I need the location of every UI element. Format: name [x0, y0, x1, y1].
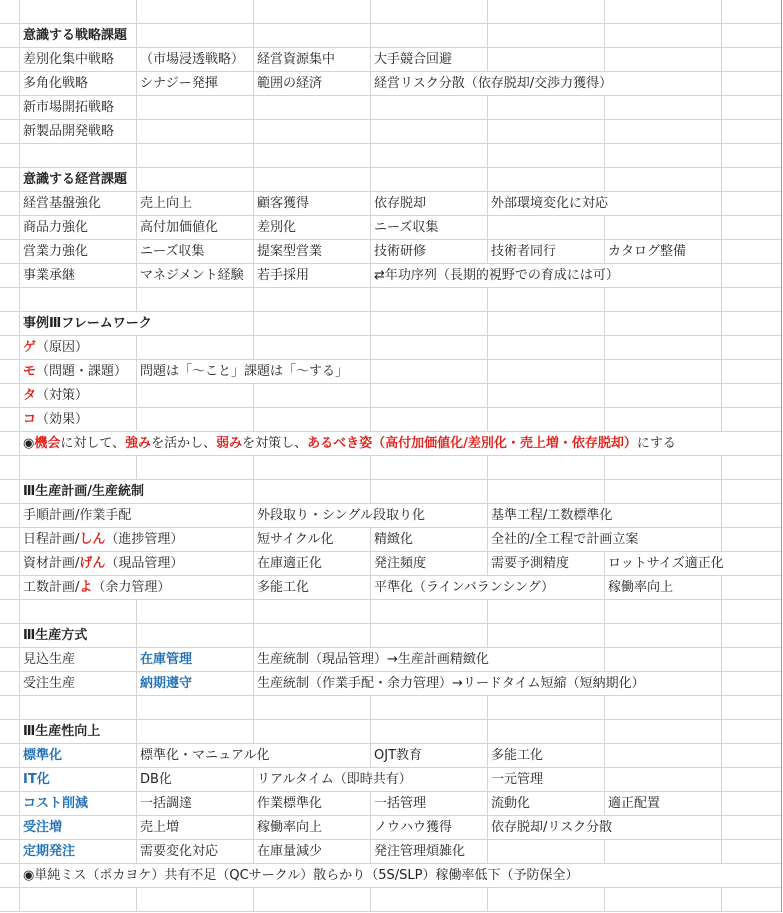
sheet-row: [0, 144, 781, 168]
cell[interactable]: 短サイクル化: [254, 528, 370, 551]
sheet-row: 商品力強化高付加価値化差別化ニーズ収集: [0, 216, 781, 240]
cell[interactable]: 一括調達: [137, 792, 253, 815]
cell[interactable]: 若手採用: [254, 264, 370, 287]
framework-label: （対策）: [36, 388, 88, 403]
cell[interactable]: 技術者同行: [488, 240, 604, 263]
sheet-row: 営業力強化ニーズ収集提案型営業技術研修技術者同行カタログ整備: [0, 240, 781, 264]
bullet: ◉: [23, 436, 34, 451]
sheet-row: 意識する経営課題: [0, 168, 781, 192]
text-run: を対策し、: [242, 436, 307, 451]
cell[interactable]: 発注頻度: [371, 552, 487, 575]
sheet-row: 資材計画/げん（現品管理）在庫適正化発注頻度需要予測精度ロットサイズ適正化: [0, 552, 781, 576]
section-title[interactable]: 事例Ⅲフレームワーク: [20, 312, 253, 335]
cell[interactable]: DB化: [137, 768, 253, 791]
sheet-row: モ（問題・課題）問題は「～こと」課題は「～する」: [0, 360, 781, 384]
cell[interactable]: 多角化戦略: [20, 72, 136, 95]
cell[interactable]: シナジー発揮: [137, 72, 253, 95]
cell[interactable]: 売上向上: [137, 192, 253, 215]
cell[interactable]: 在庫量減少: [254, 840, 370, 863]
framework-key: ゲ: [23, 340, 36, 355]
emphasis-text: 機会: [34, 436, 60, 451]
sheet-row: 差別化集中戦略（市場浸透戦略）経営資源集中大手競合回避: [0, 48, 781, 72]
section-title[interactable]: 意識する戦略課題: [20, 24, 136, 47]
framework-cell[interactable]: ゲ（原因）: [20, 336, 136, 359]
cell[interactable]: 多能工化: [488, 744, 604, 767]
cell[interactable]: 稼働率向上: [254, 816, 370, 839]
emphasis-cell[interactable]: 納期遵守: [137, 672, 253, 695]
cell[interactable]: 顧客獲得: [254, 192, 370, 215]
cell[interactable]: 発注管理煩雑化: [371, 840, 487, 863]
framework-cell[interactable]: コ（効果）: [20, 408, 136, 431]
sheet-row: ゲ（原因）: [0, 336, 781, 360]
cell[interactable]: カタログ整備: [605, 240, 721, 263]
framework-label: （問題・課題）: [36, 364, 127, 379]
cell[interactable]: 精緻化: [371, 528, 487, 551]
cell[interactable]: 提案型営業: [254, 240, 370, 263]
cell[interactable]: 商品力強化: [20, 216, 136, 239]
framework-key: タ: [23, 388, 36, 403]
sheet-row: 事例Ⅲフレームワーク: [0, 312, 781, 336]
sheet-row: [0, 696, 781, 720]
cell[interactable]: 全社的/全工程で計画立案: [488, 528, 721, 551]
sheet-row: ◉単純ミス（ポカヨケ）共有不足（QCサークル）散らかり（5S/SLP）稼働率低下…: [0, 864, 781, 888]
cell[interactable]: ロットサイズ適正化: [605, 552, 781, 575]
cell[interactable]: 経営基盤強化: [20, 192, 136, 215]
productivity-label[interactable]: 定期発注: [20, 840, 136, 863]
section-title[interactable]: 意識する経営課題: [20, 168, 136, 191]
cell[interactable]: 新市場開拓戦略: [20, 96, 136, 119]
cell[interactable]: 売上増: [137, 816, 253, 839]
cell[interactable]: 高付加価値化: [137, 216, 253, 239]
framework-label: （原因）: [36, 340, 88, 355]
emphasis-text: あるべき姿（高付加価値化/差別化・売上増・依存脱却）: [307, 436, 637, 451]
emphasis-text: よ: [79, 580, 92, 595]
cell[interactable]: マネジメント経験: [137, 264, 253, 287]
section-title[interactable]: Ⅲ生産計画/生産統制: [20, 480, 253, 503]
text-run: （現品管理）: [105, 556, 183, 571]
sheet-row: Ⅲ生産計画/生産統制: [0, 480, 781, 504]
framework-summary[interactable]: ◉機会に対して、強みを活かし、弱みを対策し、あるべき姿（高付加価値化/差別化・売…: [20, 432, 781, 455]
planning-cell[interactable]: 手順計画/作業手配: [20, 504, 253, 527]
cell[interactable]: 生産統制（現品管理）→生産計画精緻化: [254, 648, 604, 671]
cell[interactable]: 多能工化: [254, 576, 370, 599]
sheet-row: ◉機会に対して、強みを活かし、弱みを対策し、あるべき姿（高付加価値化/差別化・売…: [0, 432, 781, 456]
productivity-label[interactable]: 標準化: [20, 744, 136, 767]
cell[interactable]: 一括管理: [371, 792, 487, 815]
sheet-row: [0, 888, 781, 912]
emphasis-text: 強み: [125, 436, 151, 451]
cell[interactable]: ⇄年功序列（長期的視野での育成には可）: [371, 264, 721, 287]
cell[interactable]: 受注生産: [20, 672, 136, 695]
sheet-row: 多角化戦略シナジー発揮範囲の経済経営リスク分散（依存脱却/交渉力獲得）: [0, 72, 781, 96]
cell[interactable]: 技術研修: [371, 240, 487, 263]
sheet-row: 新市場開拓戦略: [0, 96, 781, 120]
cell[interactable]: リアルタイム（即時共有）: [254, 768, 487, 791]
sheet-row: 日程計画/しん（進捗管理）短サイクル化精緻化全社的/全工程で計画立案: [0, 528, 781, 552]
cell[interactable]: ニーズ収集: [371, 216, 487, 239]
cell[interactable]: 新製品開発戦略: [20, 120, 136, 143]
spreadsheet-grid[interactable]: 意識する戦略課題差別化集中戦略（市場浸透戦略）経営資源集中大手競合回避多角化戦略…: [0, 0, 782, 912]
sheet-row: 経営基盤強化売上向上顧客獲得依存脱却外部環境変化に対応: [0, 192, 781, 216]
cell[interactable]: 標準化・マニュアル化: [137, 744, 370, 767]
emphasis-text: 弱み: [216, 436, 242, 451]
cell[interactable]: 需要変化対応: [137, 840, 253, 863]
sheet-row: 標準化標準化・マニュアル化OJT教育多能工化: [0, 744, 781, 768]
text-run: 日程計画/: [23, 532, 79, 547]
cell[interactable]: 差別化: [254, 216, 370, 239]
cell[interactable]: 見込生産: [20, 648, 136, 671]
productivity-summary[interactable]: ◉単純ミス（ポカヨケ）共有不足（QCサークル）散らかり（5S/SLP）稼働率低下…: [20, 864, 781, 887]
cell[interactable]: 需要予測精度: [488, 552, 604, 575]
sheet-row: コ（効果）: [0, 408, 781, 432]
text-run: 工数計画/: [23, 580, 79, 595]
cell[interactable]: ノウハウ獲得: [371, 816, 487, 839]
sheet-row: IT化DB化リアルタイム（即時共有）一元管理: [0, 768, 781, 792]
sheet-row: [0, 288, 781, 312]
cell[interactable]: 経営資源集中: [254, 48, 370, 71]
cell[interactable]: 外段取り・シングル段取り化: [254, 504, 487, 527]
sheet-row: 意識する戦略課題: [0, 24, 781, 48]
text-run: 資材計画/: [23, 556, 79, 571]
framework-cell[interactable]: モ（問題・課題）: [20, 360, 136, 383]
planning-cell[interactable]: 日程計画/しん（進捗管理）: [20, 528, 253, 551]
cell[interactable]: 適正配置: [605, 792, 721, 815]
framework-label: （効果）: [36, 412, 88, 427]
sheet-row: 見込生産在庫管理生産統制（現品管理）→生産計画精緻化: [0, 648, 781, 672]
sheet-row: Ⅲ生産性向上: [0, 720, 781, 744]
sheet-row: 手順計画/作業手配外段取り・シングル段取り化基準工程/工数標準化: [0, 504, 781, 528]
emphasis-cell[interactable]: 在庫管理: [137, 648, 253, 671]
cell[interactable]: 経営リスク分散（依存脱却/交渉力獲得）: [371, 72, 721, 95]
cell[interactable]: 基準工程/工数標準化: [488, 504, 721, 527]
cell[interactable]: 在庫適正化: [254, 552, 370, 575]
cell[interactable]: 大手競合回避: [371, 48, 487, 71]
text-run: を活かし、: [151, 436, 216, 451]
cell[interactable]: 依存脱却/リスク分散: [488, 816, 721, 839]
text-run: に対して、: [60, 436, 125, 451]
sheet-row: 事業承継マネジメント経験若手採用⇄年功序列（長期的視野での育成には可）: [0, 264, 781, 288]
cell[interactable]: 差別化集中戦略: [20, 48, 136, 71]
productivity-label[interactable]: コスト削減: [20, 792, 136, 815]
cell[interactable]: ニーズ収集: [137, 240, 253, 263]
cell[interactable]: 外部環境変化に対応: [488, 192, 721, 215]
cell[interactable]: 事業承継: [20, 264, 136, 287]
text-run: （余力管理）: [92, 580, 170, 595]
framework-key: モ: [23, 364, 36, 379]
cell[interactable]: （市場浸透戦略）: [137, 48, 253, 71]
sheet-row: コスト削減一括調達作業標準化一括管理流動化適正配置: [0, 792, 781, 816]
cell[interactable]: 生産統制（作業手配・余力管理）→リードタイム短縮（短納期化）: [254, 672, 721, 695]
cell[interactable]: 稼働率向上: [605, 576, 721, 599]
cell[interactable]: 依存脱却: [371, 192, 487, 215]
cell[interactable]: 一元管理: [488, 768, 604, 791]
section-title[interactable]: Ⅲ生産性向上: [20, 720, 136, 743]
sheet-row: 受注生産納期遵守生産統制（作業手配・余力管理）→リードタイム短縮（短納期化）: [0, 672, 781, 696]
text-run: 手順計画/作業手配: [23, 508, 131, 523]
sheet-row: タ（対策）: [0, 384, 781, 408]
productivity-label[interactable]: 受注増: [20, 816, 136, 839]
framework-note[interactable]: 問題は「～こと」課題は「～する」: [137, 360, 370, 383]
emphasis-text: しん: [79, 532, 105, 547]
planning-cell[interactable]: 資材計画/げん（現品管理）: [20, 552, 253, 575]
productivity-label[interactable]: IT化: [20, 768, 136, 791]
section-title[interactable]: Ⅲ生産方式: [20, 624, 136, 647]
framework-cell[interactable]: タ（対策）: [20, 384, 136, 407]
emphasis-text: げん: [79, 556, 105, 571]
cell[interactable]: 作業標準化: [254, 792, 370, 815]
sheet-row: [0, 0, 781, 24]
sheet-row: Ⅲ生産方式: [0, 624, 781, 648]
sheet-row: 工数計画/よ（余力管理）多能工化平準化（ラインバランシング）稼働率向上: [0, 576, 781, 600]
sheet-row: 新製品開発戦略: [0, 120, 781, 144]
planning-cell[interactable]: 工数計画/よ（余力管理）: [20, 576, 253, 599]
sheet-row: 定期発注需要変化対応在庫量減少発注管理煩雑化: [0, 840, 781, 864]
text-run: にする: [637, 436, 676, 451]
sheet-row: [0, 600, 781, 624]
cell[interactable]: 範囲の経済: [254, 72, 370, 95]
cell[interactable]: 平準化（ラインバランシング）: [371, 576, 604, 599]
cell[interactable]: OJT教育: [371, 744, 487, 767]
framework-key: コ: [23, 412, 36, 427]
cell[interactable]: 営業力強化: [20, 240, 136, 263]
text-run: （進捗管理）: [105, 532, 183, 547]
sheet-row: 受注増売上増稼働率向上ノウハウ獲得依存脱却/リスク分散: [0, 816, 781, 840]
sheet-row: [0, 456, 781, 480]
cell[interactable]: 流動化: [488, 792, 604, 815]
